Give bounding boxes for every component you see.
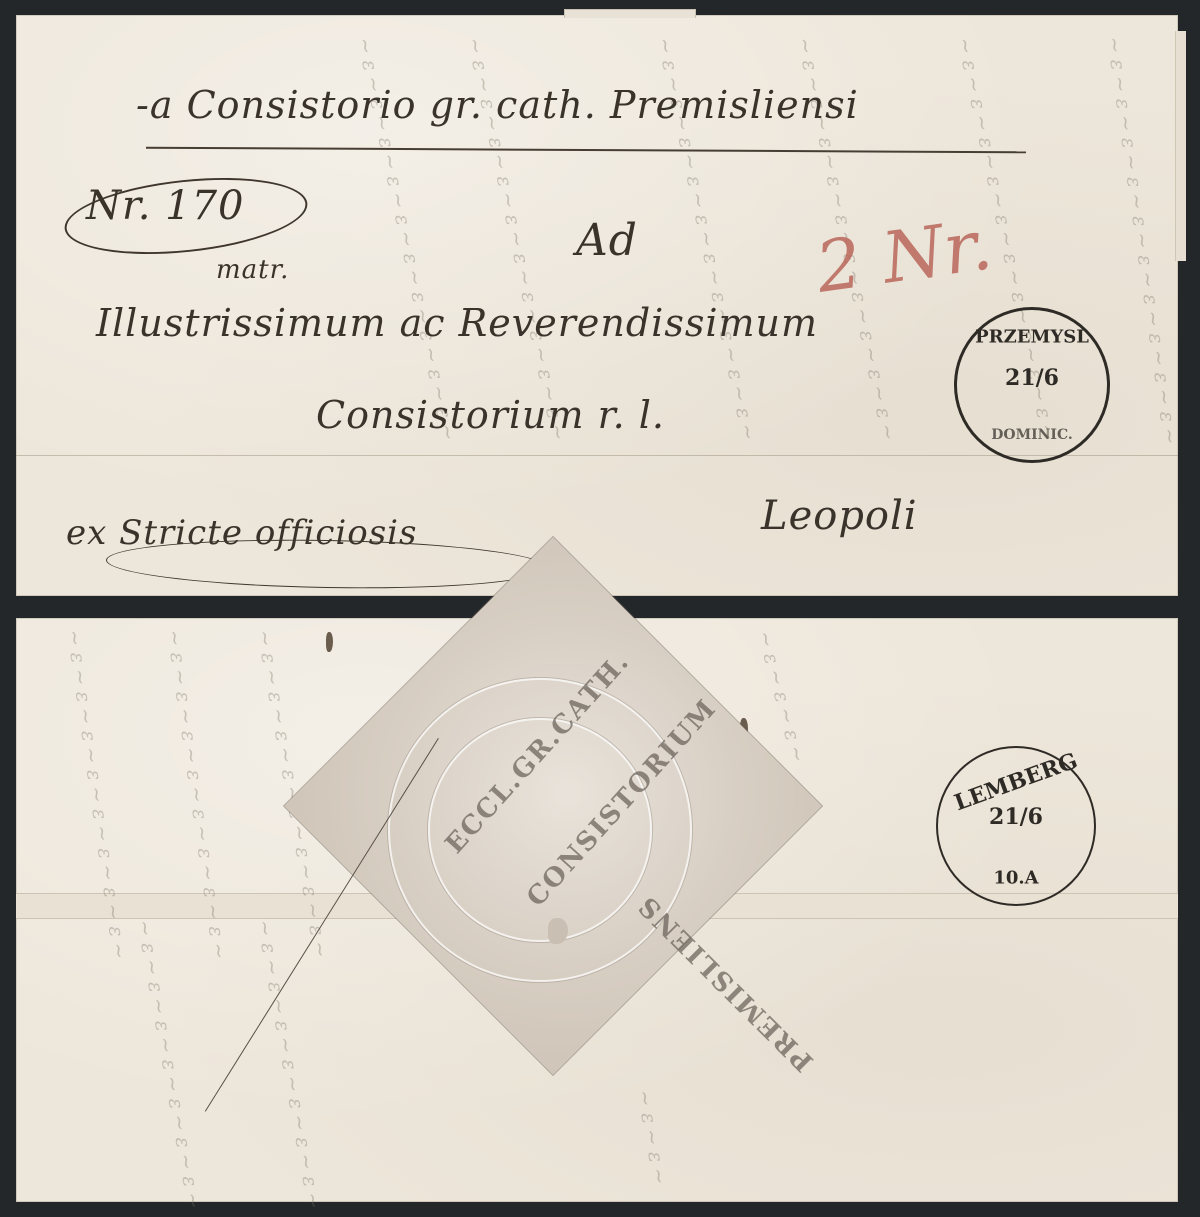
sender-line: -a Consistorio gr. cath. Premisliensi [136,83,859,127]
cover-back: ~ɛ~ɛ~ɛ~ɛ~ɛ~ɛ~ɛ~ɛ~ ~ɛ~ɛ~ɛ~ɛ~ɛ~ɛ~ɛ~ɛ~ ~ɛ~ɛ… [16,618,1178,1202]
endorsement-flourish [106,536,549,592]
destination-city: Leopoli [761,493,918,539]
departure-postmark: PRZEMYSL 21/6 DOMINIC. [954,307,1110,463]
sender-underline [146,147,1026,154]
cover-front: ~ɛ~ɛ~ɛ~ɛ~ɛ~ɛ~ɛ~ɛ~ɛ~ɛ~ ~ɛ~ɛ~ɛ~ɛ~ɛ~ɛ~ɛ~ɛ~ɛ… [16,15,1178,596]
show-through-writing: ~ɛ~ɛ~ɛ~ɛ~ɛ~ɛ~ɛ~ [132,918,208,1217]
show-through-writing: ~ɛ~ɛ~ɛ~ɛ~ɛ~ɛ~ɛ~ɛ~ɛ~ɛ~ [1102,35,1184,452]
postmark-lower-text: DOMINIC. [991,427,1073,443]
address-line-2: Consistorium r. l. [316,393,665,437]
side-flap [1175,31,1186,261]
arrival-postmark-time: 10.A [993,868,1038,889]
postmark-town: PRZEMYSL [975,327,1089,348]
arrival-postmark-date: 21/6 [938,804,1094,830]
arrival-postmark: LEMBERG 21/6 10.A [936,746,1096,906]
reference-note: matr. [216,255,289,285]
salutation: Ad [576,215,638,266]
address-line-1: Illustrissimum ac Reverendissimum [96,301,818,345]
seal-legend: PREMISLIENS [632,889,820,1077]
postmark-date: 21/6 [957,365,1107,391]
reference-number: Nr. 170 [86,183,245,229]
wafer-seal: ECCL.GR.CATH. CONSISTORIUM PREMISLIENS [278,618,878,1217]
fold-tab [564,9,696,18]
